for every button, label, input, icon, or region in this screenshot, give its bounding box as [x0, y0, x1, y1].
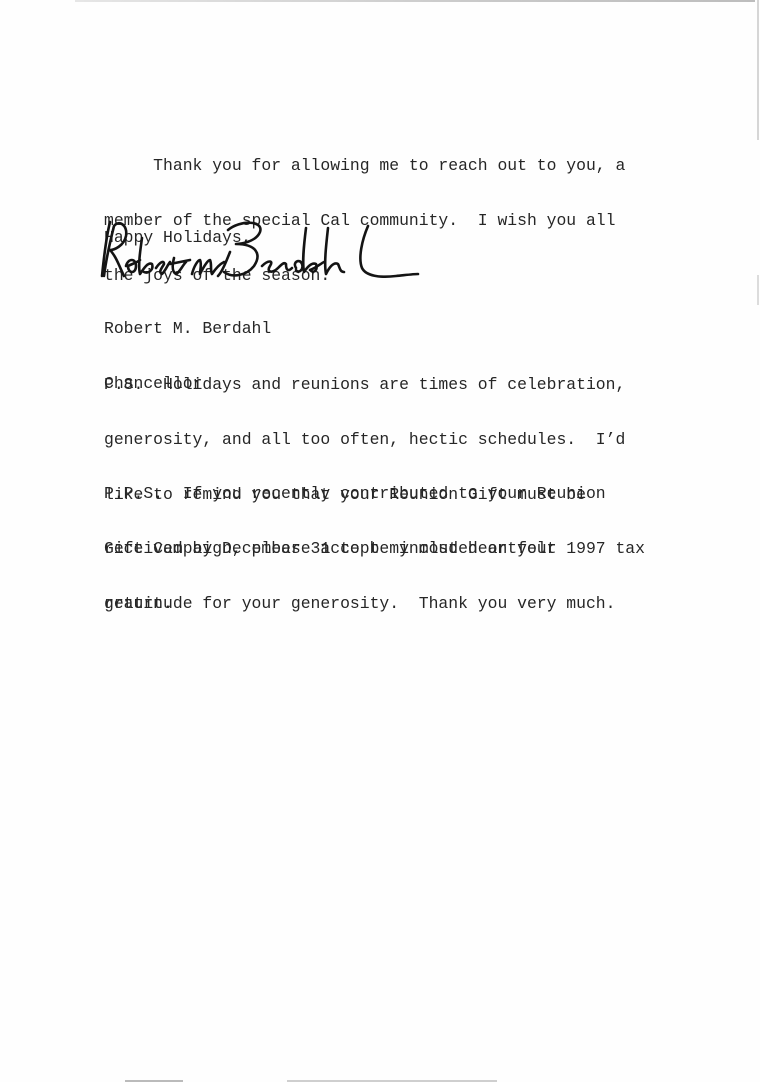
- ps-line: generosity, and all too often, hectic sc…: [104, 431, 645, 449]
- scan-edge-right: [757, 0, 759, 140]
- ps-line: P.S. Holidays and reunions are times of …: [104, 376, 645, 394]
- pps-line: gratitude for your generosity. Thank you…: [104, 595, 615, 613]
- body-line: Thank you for allowing me to reach out t…: [104, 157, 625, 175]
- post-postscript: P.P.S. If you recently contributed to yo…: [104, 449, 615, 649]
- scan-edge-top: [75, 0, 755, 2]
- pps-line: Gift Campaign, please accept my most hea…: [104, 540, 615, 558]
- signer-name: Robert M. Berdahl: [104, 320, 271, 338]
- letter-page: Thank you for allowing me to reach out t…: [0, 0, 760, 1082]
- signature-icon: [100, 218, 420, 286]
- pps-line: P.P.S. If you recently contributed to yo…: [104, 485, 615, 503]
- scan-edge-right-lower: [757, 275, 759, 305]
- letter-text: Thank you for allowing me to reach out t…: [104, 0, 143, 200]
